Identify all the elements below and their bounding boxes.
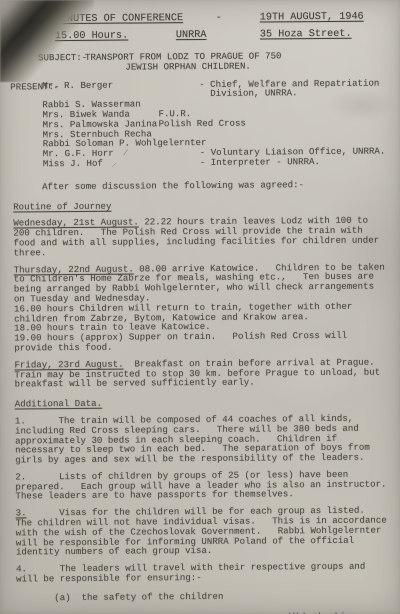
doc-date: 19TH AUGUST, 1946 — [260, 12, 364, 24]
doc-title: MINUTES OF CONFERENCE — [55, 13, 183, 25]
subject-line-2: JEWISH ORPHAN CHILDREN. — [85, 61, 291, 72]
doc-address: 35 Hoza Street. — [260, 29, 352, 41]
paragraph-item-2: 2. Lists of children by groups of 25 (or… — [15, 469, 400, 501]
subject-text: TRANSPORT FROM LODZ TO PRAGUE OF 750 JEW… — [85, 51, 291, 72]
doc-address-cell: 35 Hoza Street. — [260, 29, 352, 41]
document-page: MINUTES OF CONFERENCE - 19TH AUGUST, 194… — [0, 0, 400, 614]
attendee-name: Mr. R. Berger — [42, 80, 158, 101]
sub-item-a: (a) the safety of the children — [54, 590, 400, 603]
routine-heading-wrap: Routine of Journey — [13, 199, 399, 212]
subject-label: SUBJECT:- — [38, 53, 85, 73]
paragraph-friday: Friday, 23rd August. Breakfast on train … — [14, 357, 400, 389]
doc-org-cell: UNRRA — [176, 30, 260, 42]
agreed-line: After some discussion the following was … — [42, 179, 399, 192]
attendee-name: Miss J. Hof∕ — [43, 158, 159, 169]
doc-time: 15.00 Hours. — [55, 31, 128, 43]
paragraph-item-1: 1. The train will be composed of 44 coac… — [15, 413, 400, 465]
additional-heading-wrap: Additional Data. — [15, 397, 400, 410]
doc-title-cell: MINUTES OF CONFERENCE — [55, 13, 216, 25]
present-row: Miss J. Hof∕ - Interpreter - UNRRA. — [43, 156, 399, 169]
doc-time-cell: 15.00 Hours. — [55, 30, 176, 42]
paragraph-wednesday: Wednesday, 21st August. 22.22 hours trai… — [13, 216, 399, 258]
doc-date-cell: 19TH AUGUST, 1946 — [260, 12, 364, 24]
title-dash: - — [216, 13, 260, 24]
header-row-2: 15.00 Hours. UNRRA 35 Hoza Street. — [55, 28, 398, 42]
present-label: PRESENT:- — [10, 82, 59, 92]
pencil-check-mark: ∕ — [111, 161, 118, 170]
paragraph-item-4: 4. The leaders will travel with their re… — [16, 562, 400, 585]
document-content: MINUTES OF CONFERENCE - 19TH AUGUST, 194… — [0, 0, 400, 614]
attendee-role: - Interpreter - UNRRA. — [159, 156, 399, 168]
header-row-1: MINUTES OF CONFERENCE - 19TH AUGUST, 194… — [55, 11, 398, 25]
doc-org: UNRRA — [176, 30, 207, 41]
subject-block: SUBJECT:- TRANSPORT FROM LODZ TO PRAGUE … — [38, 50, 398, 72]
paragraph-thursday: Thursday, 22nd August. 08.00 arrive Kato… — [14, 262, 400, 353]
attendee-role: - Chief, Welfare and Repatriation Divisi… — [158, 78, 398, 99]
paragraph-item-3: 3. Visas for the children will be for ea… — [16, 506, 400, 558]
routine-heading: Routine of Journey — [13, 200, 111, 212]
additional-heading: Additional Data. — [15, 398, 102, 410]
present-block: PRESENT:- Mr. R. Berger - Chief, Welfare… — [0, 78, 399, 169]
